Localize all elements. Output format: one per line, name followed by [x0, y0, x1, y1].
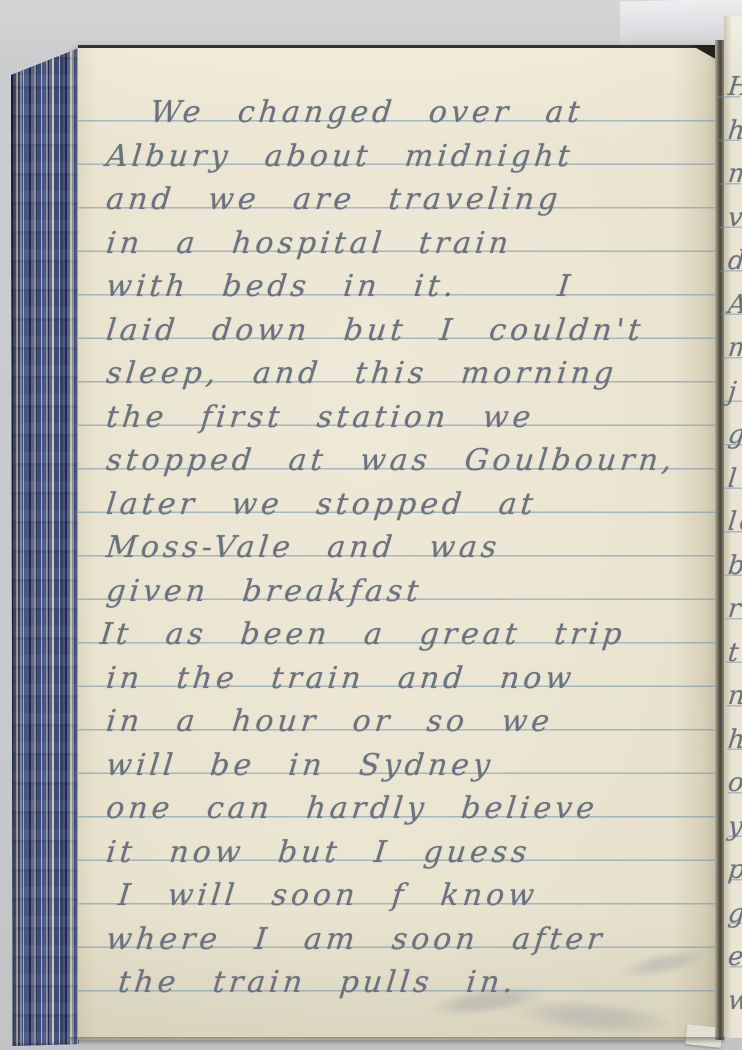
handwriting-fragment: h [726, 110, 742, 154]
handwriting-line: It as been a great trip [98, 613, 717, 657]
diary-page: We changed over atAlbury about midnighta… [78, 45, 718, 1040]
handwriting-line: I will soon f know [98, 874, 717, 918]
handwriting-line: later we stopped at [98, 483, 717, 527]
handwriting-fragment: h [726, 719, 742, 763]
handwriting-fragment: e [726, 936, 742, 980]
handwriting-line: Albury about midnight [98, 135, 717, 179]
handwriting-lines: We changed over atAlbury about midnighta… [98, 91, 712, 1005]
handwriting-fragment: d [726, 240, 742, 284]
handwriting-line: the first station we [98, 396, 717, 440]
handwriting-line: stopped at was Goulbourn, [98, 439, 717, 483]
handwriting-fragment: t [726, 632, 742, 676]
page-edges-stack [11, 46, 79, 1046]
handwriting-fragment: n [726, 675, 742, 719]
handwriting-line: and we are traveling [98, 178, 717, 222]
handwriting-fragment: m [726, 153, 742, 197]
page-bottom-shadow [70, 1037, 725, 1044]
handwriting-line: with beds in it. I [98, 265, 717, 309]
handwriting-fragment: p [726, 849, 742, 893]
next-page-fragments: HhmvdAmjgllobrtnhoypgew [728, 66, 742, 1023]
handwriting-line: We changed over at [98, 91, 717, 135]
handwriting-fragment: y [726, 806, 742, 850]
handwriting-line: laid down but I couldn't [98, 309, 717, 353]
handwriting-line: Moss-Vale and was [98, 526, 717, 570]
handwriting-fragment: b [726, 545, 742, 589]
handwriting-fragment: lo [726, 501, 742, 545]
handwriting-fragment: g [726, 893, 742, 937]
handwriting-line: will be in Sydney [98, 744, 717, 788]
handwriting-fragment: m [726, 327, 742, 371]
handwriting-line: it now but I guess [98, 831, 717, 875]
handwriting-fragment: l [726, 458, 742, 502]
handwriting-fragment: j [726, 371, 742, 415]
handwriting-fragment: g [726, 414, 742, 458]
next-page-sliver: HhmvdAmjgllobrtnhoypgew [724, 16, 742, 1038]
handwriting-fragment: A [726, 284, 742, 328]
handwriting-line: sleep, and this morning [98, 352, 717, 396]
handwriting-line: in a hospital train [98, 222, 717, 266]
diary-photo: We changed over atAlbury about midnighta… [0, 0, 742, 1050]
handwriting-fragment: w [726, 980, 742, 1024]
handwriting-fragment: r [726, 588, 742, 632]
handwriting-line: the train pulls in. [98, 961, 717, 1005]
handwriting-fragment: o [726, 762, 742, 806]
handwriting-line: where I am soon after [98, 918, 717, 962]
handwriting-line: given breakfast [98, 570, 717, 614]
handwriting-fragment: v [726, 197, 742, 241]
handwriting-line: in a hour or so we [98, 700, 717, 744]
handwriting-line: in the train and now [98, 657, 717, 701]
handwriting-line: one can hardly believe [98, 787, 717, 831]
handwriting-fragment: H [726, 66, 742, 110]
